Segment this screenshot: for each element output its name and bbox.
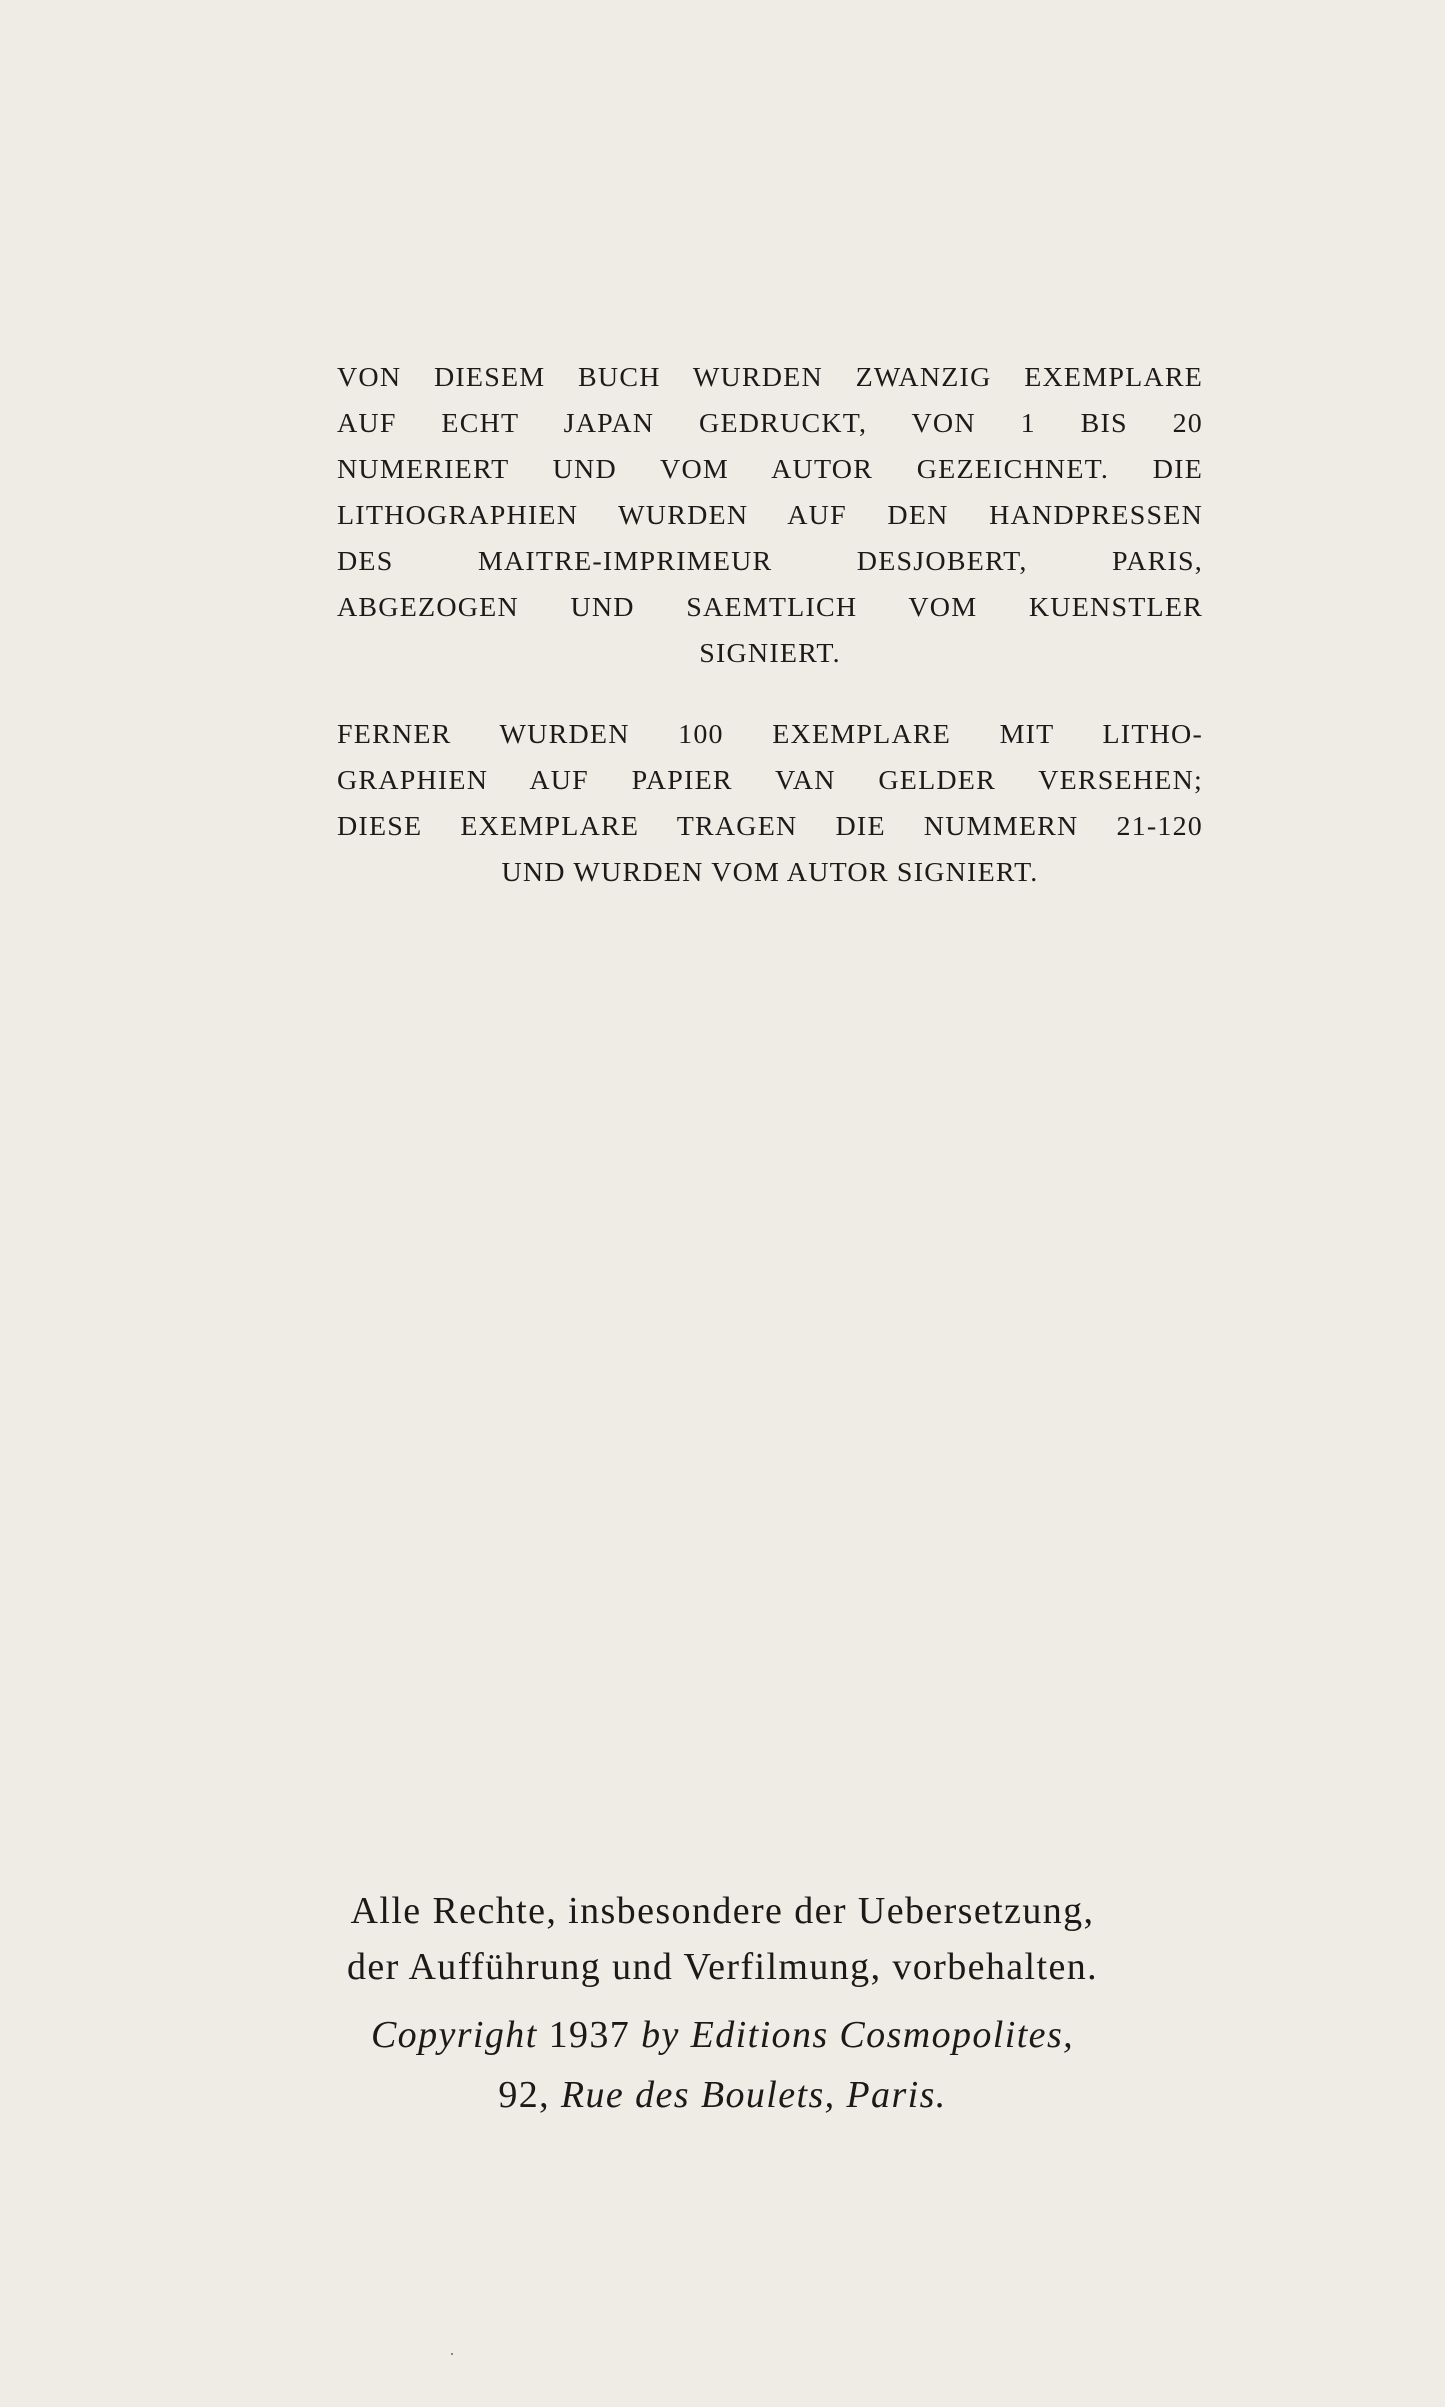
notice-line: VON DIESEM BUCH WURDEN ZWANZIG EXEMPLARE [337, 355, 1203, 400]
book-page: VON DIESEM BUCH WURDEN ZWANZIG EXEMPLARE… [0, 0, 1445, 2407]
copyright-year: 1937 [549, 2014, 631, 2056]
notice-line: AUF ECHT JAPAN GEDRUCKT, VON 1 BIS 20 [337, 401, 1203, 446]
address-line: 92, Rue des Boulets, Paris. [0, 2065, 1445, 2125]
notice-line: NUMERIERT UND VOM AUTOR GEZEICHNET. DIE [337, 447, 1203, 492]
copyright-notice: Copyright 1937 by Editions Cosmopolites,… [0, 2005, 1445, 2125]
copyright-line: Copyright 1937 by Editions Cosmopolites, [0, 2005, 1445, 2065]
notice-line: DIESE EXEMPLARE TRAGEN DIE NUMMERN 21-12… [337, 804, 1203, 849]
street-address: Rue des Boulets, Paris. [561, 2074, 947, 2116]
rights-line: Alle Rechte, insbesondere der Uebersetzu… [0, 1883, 1445, 1939]
rights-reserved-notice: Alle Rechte, insbesondere der Uebersetzu… [0, 1883, 1445, 1995]
edition-notice-paragraph-1: VON DIESEM BUCH WURDEN ZWANZIG EXEMPLARE… [337, 355, 1203, 677]
notice-line: GRAPHIEN AUF PAPIER VAN GELDER VERSEHEN; [337, 758, 1203, 803]
paper-speck [451, 2353, 453, 2355]
notice-line: FERNER WURDEN 100 EXEMPLARE MIT LITHO- [337, 712, 1203, 757]
edition-notice-paragraph-2: FERNER WURDEN 100 EXEMPLARE MIT LITHO- G… [337, 712, 1203, 896]
street-number: 92, [498, 2074, 550, 2116]
copyright-by: by [641, 2014, 680, 2056]
notice-line: UND WURDEN VOM AUTOR SIGNIERT. [337, 850, 1203, 895]
notice-line: ABGEZOGEN UND SAEMTLICH VOM KUENSTLER [337, 585, 1203, 630]
notice-line: LITHOGRAPHIEN WURDEN AUF DEN HANDPRESSEN [337, 493, 1203, 538]
notice-line: SIGNIERT. [337, 631, 1203, 676]
copyright-word: Copyright [371, 2014, 538, 2056]
rights-line: der Aufführung und Verfilmung, vorbehalt… [0, 1939, 1445, 1995]
publisher-name: Editions Cosmopolites, [691, 2014, 1074, 2056]
notice-line: DES MAITRE-IMPRIMEUR DESJOBERT, PARIS, [337, 539, 1203, 584]
